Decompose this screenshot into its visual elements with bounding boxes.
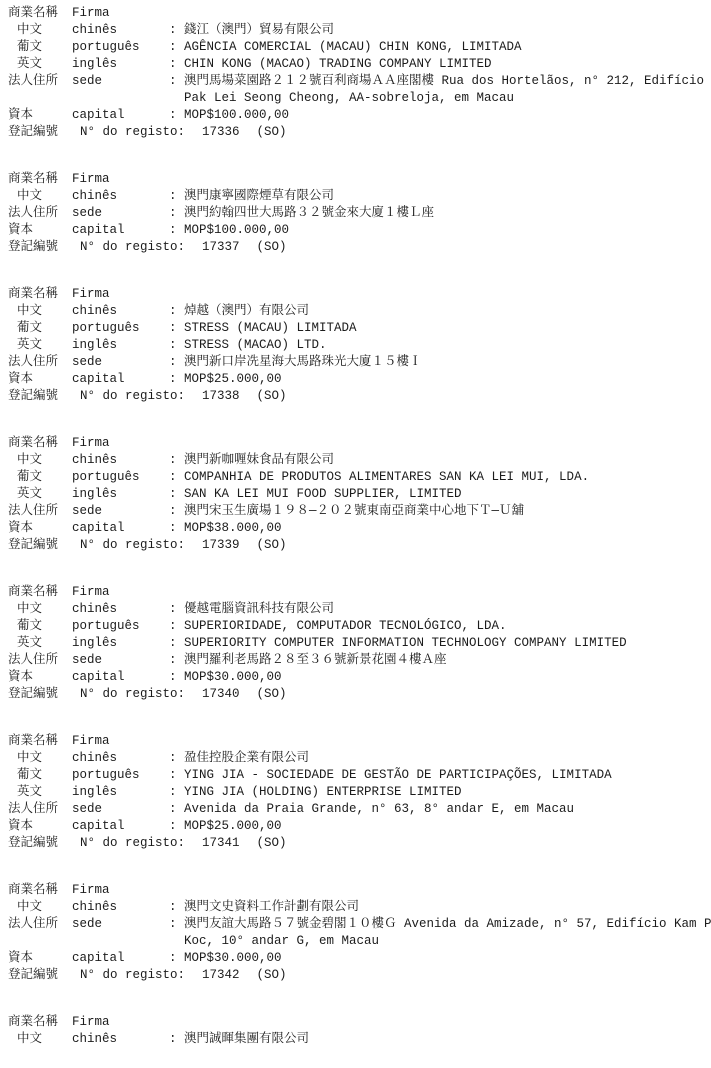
- sede-row-label-pt: sede: [72, 503, 169, 520]
- sede-row-label-zh: 法人住所: [0, 503, 72, 520]
- portuguese-name-row-text: STRESS (MACAU) LIMITADA: [184, 321, 357, 335]
- firm-header-row: 商業名稱Firma: [0, 435, 709, 452]
- english-name-row: 英文inglês:SAN KA LEI MUI FOOD SUPPLIER, L…: [0, 486, 709, 503]
- registry-document: 商業名稱Firma中文chinês:錢江（澳門）貿易有限公司葡文portuguê…: [0, 0, 711, 1068]
- registo-number: 17340: [202, 686, 240, 703]
- sede-row-label-zh: 法人住所: [0, 205, 72, 222]
- portuguese-name-row-label-pt: português: [72, 618, 169, 635]
- firm-label-zh: 商業名稱: [0, 584, 72, 601]
- firm-label-pt: Firma: [72, 1014, 169, 1031]
- sede-row-label-pt: sede: [72, 205, 169, 222]
- chinese-name-row: 中文chinês:焯越（澳門）有限公司: [0, 303, 709, 320]
- chinese-name-row-value: :澳門誠暉集團有限公司: [169, 1031, 709, 1048]
- capital-row-value: :MOP$100.000,00: [169, 222, 709, 239]
- sede-row-value: :Avenida da Praia Grande, n° 63, 8° anda…: [169, 801, 709, 818]
- chinese-name-row-label-pt: chinês: [72, 750, 169, 767]
- colon-separator: :: [169, 950, 184, 967]
- sede-row-text: 澳門宋玉生廣場１９８—２０２號東南亞商業中心地下Ｔ—Ｕ舖: [184, 504, 524, 518]
- capital-row: 資本capital:MOP$30.000,00: [0, 669, 709, 686]
- registo-number: 17338: [202, 388, 240, 405]
- firm-header-row: 商業名稱Firma: [0, 584, 709, 601]
- english-name-row-text: SUPERIORITY COMPUTER INFORMATION TECHNOL…: [184, 636, 627, 650]
- capital-row: 資本capital:MOP$25.000,00: [0, 371, 709, 388]
- sede-row-text: Koc, 10° andar G, em Macau: [184, 934, 379, 948]
- capital-row-label-pt: capital: [72, 222, 169, 239]
- sede-row-text: Pak Lei Seong Cheong, AA-sobreloja, em M…: [184, 91, 514, 105]
- registo-number: 17339: [202, 537, 240, 554]
- capital-row-label-zh: 資本: [0, 107, 72, 124]
- colon-separator: :: [169, 73, 184, 90]
- sede-row-value-line: :澳門約翰四世大馬路３２號金來大廈１樓Ｌ座: [169, 205, 709, 222]
- capital-row-value-line: :MOP$25.000,00: [169, 818, 709, 835]
- sede-row-label-zh: 法人住所: [0, 354, 72, 371]
- registo-code: (SO): [257, 686, 287, 703]
- english-name-row-label-pt: inglês: [72, 486, 169, 503]
- english-name-row: 英文inglês:SUPERIORITY COMPUTER INFORMATIO…: [0, 635, 709, 652]
- sede-row-value-line: Pak Lei Seong Cheong, AA-sobreloja, em M…: [169, 90, 709, 107]
- registo-code: (SO): [257, 835, 287, 852]
- portuguese-name-row-text: COMPANHIA DE PRODUTOS ALIMENTARES SAN KA…: [184, 470, 589, 484]
- sede-row-value: :澳門友誼大馬路５７號金碧閣１０樓Ｇ Avenida da Amizade, n…: [169, 916, 709, 950]
- firm-label-zh: 商業名稱: [0, 882, 72, 899]
- sede-row-value-line: :澳門友誼大馬路５７號金碧閣１０樓Ｇ Avenida da Amizade, n…: [169, 916, 709, 933]
- portuguese-name-row: 葡文português:AGÊNCIA COMERCIAL (MACAU) CH…: [0, 39, 709, 56]
- firm-header-row: 商業名稱Firma: [0, 286, 709, 303]
- chinese-name-row: 中文chinês:澳門康寧國際煙草有限公司: [0, 188, 709, 205]
- capital-row-value: :MOP$100.000,00: [169, 107, 709, 124]
- english-name-row-label-pt: inglês: [72, 635, 169, 652]
- colon-separator: :: [169, 818, 184, 835]
- chinese-name-row-value: :盈佳控股企業有限公司: [169, 750, 709, 767]
- chinese-name-row-label-zh: 中文: [0, 452, 72, 469]
- capital-row-value-line: :MOP$100.000,00: [169, 107, 709, 124]
- company-registration-entry: 商業名稱Firma中文chinês:優越電腦資訊科技有限公司葡文portuguê…: [0, 584, 709, 703]
- firm-label-pt: Firma: [72, 882, 169, 899]
- sede-row-label-zh: 法人住所: [0, 73, 72, 90]
- registo-row: 登記編號N° do registo:17338(SO): [0, 388, 709, 405]
- chinese-name-row-value-line: :盈佳控股企業有限公司: [169, 750, 709, 767]
- capital-row-text: MOP$100.000,00: [184, 223, 289, 237]
- chinese-name-row-text: 澳門誠暉集團有限公司: [184, 1032, 309, 1046]
- english-name-row-label-zh: 英文: [0, 486, 72, 503]
- chinese-name-row: 中文chinês:澳門新咖喱妹食品有限公司: [0, 452, 709, 469]
- firm-label-zh: 商業名稱: [0, 435, 72, 452]
- chinese-name-row-label-pt: chinês: [72, 188, 169, 205]
- registo-number: 17337: [202, 239, 240, 256]
- english-name-row: 英文inglês:CHIN KONG (MACAO) TRADING COMPA…: [0, 56, 709, 73]
- capital-row-value: :MOP$38.000,00: [169, 520, 709, 537]
- chinese-name-row-value: :優越電腦資訊科技有限公司: [169, 601, 709, 618]
- chinese-name-row-label-pt: chinês: [72, 303, 169, 320]
- registo-label-zh: 登記編號: [0, 835, 80, 852]
- sede-row-value: :澳門馬場菜園路２１２號百利商場ＡＡ座閣樓 Rua dos Hortelãos,…: [169, 73, 709, 107]
- colon-separator: :: [169, 750, 184, 767]
- colon-separator: :: [169, 188, 184, 205]
- chinese-name-row: 中文chinês:澳門誠暉集團有限公司: [0, 1031, 709, 1048]
- registo-label-zh: 登記編號: [0, 686, 80, 703]
- english-name-row-value-line: :SAN KA LEI MUI FOOD SUPPLIER, LIMITED: [169, 486, 709, 503]
- colon-separator: :: [169, 601, 184, 618]
- capital-row-value-line: :MOP$30.000,00: [169, 950, 709, 967]
- firm-label-pt: Firma: [72, 286, 169, 303]
- registo-label-zh: 登記編號: [0, 239, 80, 256]
- chinese-name-row-label-pt: chinês: [72, 601, 169, 618]
- portuguese-name-row-value-line: :SUPERIORIDADE, COMPUTADOR TECNOLÓGICO, …: [169, 618, 709, 635]
- sede-row: 法人住所sede:澳門宋玉生廣場１９８—２０２號東南亞商業中心地下Ｔ—Ｕ舖: [0, 503, 709, 520]
- registo-label-pt: N° do registo:: [80, 388, 185, 405]
- english-name-row-value: :SAN KA LEI MUI FOOD SUPPLIER, LIMITED: [169, 486, 709, 503]
- chinese-name-row-value-line: :澳門誠暉集團有限公司: [169, 1031, 709, 1048]
- colon-separator: :: [169, 784, 184, 801]
- company-registration-entry: 商業名稱Firma中文chinês:盈佳控股企業有限公司葡文português:…: [0, 733, 709, 852]
- chinese-name-row-value-line: :優越電腦資訊科技有限公司: [169, 601, 709, 618]
- chinese-name-row-text: 澳門新咖喱妹食品有限公司: [184, 453, 334, 467]
- colon-separator: :: [169, 486, 184, 503]
- firm-label-pt: Firma: [72, 584, 169, 601]
- registo-row: 登記編號N° do registo:17342(SO): [0, 967, 709, 984]
- sede-row-label-pt: sede: [72, 354, 169, 371]
- portuguese-name-row-text: AGÊNCIA COMERCIAL (MACAU) CHIN KONG, LIM…: [184, 40, 522, 54]
- english-name-row-value-line: :STRESS (MACAO) LTD.: [169, 337, 709, 354]
- capital-row-value-line: :MOP$38.000,00: [169, 520, 709, 537]
- colon-separator: :: [169, 303, 184, 320]
- chinese-name-row-value: :澳門文史資料工作計劃有限公司: [169, 899, 709, 916]
- firm-label-pt: Firma: [72, 5, 169, 22]
- sede-row-text: 澳門羅利老馬路２８至３６號新景花園４樓Ａ座: [184, 653, 447, 667]
- portuguese-name-row-label-zh: 葡文: [0, 767, 72, 784]
- chinese-name-row-label-zh: 中文: [0, 899, 72, 916]
- firm-header-row: 商業名稱Firma: [0, 1014, 709, 1031]
- chinese-name-row-value: :焯越（澳門）有限公司: [169, 303, 709, 320]
- colon-separator: :: [169, 916, 184, 933]
- colon-separator: :: [169, 669, 184, 686]
- chinese-name-row-text: 優越電腦資訊科技有限公司: [184, 602, 334, 616]
- company-registration-entry: 商業名稱Firma中文chinês:錢江（澳門）貿易有限公司葡文portuguê…: [0, 5, 709, 141]
- registo-label-pt: N° do registo:: [80, 967, 185, 984]
- chinese-name-row-label-zh: 中文: [0, 303, 72, 320]
- sede-row-text: 澳門友誼大馬路５７號金碧閣１０樓Ｇ Avenida da Amizade, n°…: [184, 917, 711, 931]
- capital-row-value: :MOP$25.000,00: [169, 371, 709, 388]
- colon-separator: :: [169, 354, 184, 371]
- capital-row: 資本capital:MOP$38.000,00: [0, 520, 709, 537]
- capital-row-label-pt: capital: [72, 371, 169, 388]
- english-name-row-text: CHIN KONG (MACAO) TRADING COMPANY LIMITE…: [184, 57, 492, 71]
- company-registration-entry: 商業名稱Firma中文chinês:澳門誠暉集團有限公司: [0, 1014, 709, 1048]
- firm-header-row: 商業名稱Firma: [0, 882, 709, 899]
- portuguese-name-row-text: SUPERIORIDADE, COMPUTADOR TECNOLÓGICO, L…: [184, 619, 507, 633]
- english-name-row-value-line: :CHIN KONG (MACAO) TRADING COMPANY LIMIT…: [169, 56, 709, 73]
- sede-row-text: 澳門馬場菜園路２１２號百利商場ＡＡ座閣樓 Rua dos Hortelãos, …: [184, 74, 704, 88]
- sede-row-label-pt: sede: [72, 801, 169, 818]
- english-name-row-value: :STRESS (MACAO) LTD.: [169, 337, 709, 354]
- company-registration-entry: 商業名稱Firma中文chinês:澳門文史資料工作計劃有限公司法人住所sede…: [0, 882, 709, 984]
- capital-row-label-pt: capital: [72, 818, 169, 835]
- registo-number: 17342: [202, 967, 240, 984]
- capital-row: 資本capital:MOP$30.000,00: [0, 950, 709, 967]
- chinese-name-row-value-line: :澳門康寧國際煙草有限公司: [169, 188, 709, 205]
- company-registration-entry: 商業名稱Firma中文chinês:焯越（澳門）有限公司葡文português:…: [0, 286, 709, 405]
- capital-row-label-pt: capital: [72, 520, 169, 537]
- capital-row-label-zh: 資本: [0, 371, 72, 388]
- sede-row-text: 澳門約翰四世大馬路３２號金來大廈１樓Ｌ座: [184, 206, 434, 220]
- portuguese-name-row-value: :YING JIA - SOCIEDADE DE GESTÃO DE PARTI…: [169, 767, 709, 784]
- sede-row-value-line: :澳門羅利老馬路２８至３６號新景花園４樓Ａ座: [169, 652, 709, 669]
- portuguese-name-row: 葡文português:STRESS (MACAU) LIMITADA: [0, 320, 709, 337]
- chinese-name-row: 中文chinês:錢江（澳門）貿易有限公司: [0, 22, 709, 39]
- registo-row: 登記編號N° do registo:17340(SO): [0, 686, 709, 703]
- chinese-name-row-label-zh: 中文: [0, 750, 72, 767]
- portuguese-name-row-label-pt: português: [72, 767, 169, 784]
- chinese-name-row-value: :錢江（澳門）貿易有限公司: [169, 22, 709, 39]
- colon-separator: :: [169, 801, 184, 818]
- sede-row-value: :澳門宋玉生廣場１９８—２０２號東南亞商業中心地下Ｔ—Ｕ舖: [169, 503, 709, 520]
- portuguese-name-row-value-line: :COMPANHIA DE PRODUTOS ALIMENTARES SAN K…: [169, 469, 709, 486]
- capital-row-text: MOP$100.000,00: [184, 108, 289, 122]
- firm-label-pt: Firma: [72, 435, 169, 452]
- portuguese-name-row-value: :COMPANHIA DE PRODUTOS ALIMENTARES SAN K…: [169, 469, 709, 486]
- portuguese-name-row-label-pt: português: [72, 39, 169, 56]
- portuguese-name-row: 葡文português:SUPERIORIDADE, COMPUTADOR TE…: [0, 618, 709, 635]
- english-name-row-value: :YING JIA (HOLDING) ENTERPRISE LIMITED: [169, 784, 709, 801]
- capital-row-value-line: :MOP$25.000,00: [169, 371, 709, 388]
- english-name-row-value: :SUPERIORITY COMPUTER INFORMATION TECHNO…: [169, 635, 709, 652]
- sede-row-value-line: :Avenida da Praia Grande, n° 63, 8° anda…: [169, 801, 709, 818]
- sede-row-label-pt: sede: [72, 652, 169, 669]
- capital-row: 資本capital:MOP$100.000,00: [0, 107, 709, 124]
- sede-row: 法人住所sede:澳門羅利老馬路２８至３６號新景花園４樓Ａ座: [0, 652, 709, 669]
- chinese-name-row-label-zh: 中文: [0, 188, 72, 205]
- capital-row-label-zh: 資本: [0, 818, 72, 835]
- sede-row-label-zh: 法人住所: [0, 801, 72, 818]
- chinese-name-row-text: 澳門文史資料工作計劃有限公司: [184, 900, 359, 914]
- registo-label-zh: 登記編號: [0, 124, 80, 141]
- sede-row-label-pt: sede: [72, 916, 169, 933]
- colon-separator: :: [169, 39, 184, 56]
- chinese-name-row: 中文chinês:盈佳控股企業有限公司: [0, 750, 709, 767]
- colon-separator: :: [169, 767, 184, 784]
- chinese-name-row-text: 盈佳控股企業有限公司: [184, 751, 309, 765]
- chinese-name-row-text: 焯越（澳門）有限公司: [184, 304, 309, 318]
- registo-label-zh: 登記編號: [0, 967, 80, 984]
- registo-row: 登記編號N° do registo:17337(SO): [0, 239, 709, 256]
- sede-row: 法人住所sede:Avenida da Praia Grande, n° 63,…: [0, 801, 709, 818]
- chinese-name-row-label-pt: chinês: [72, 22, 169, 39]
- registo-code: (SO): [257, 537, 287, 554]
- portuguese-name-row-label-pt: português: [72, 469, 169, 486]
- colon-separator: :: [169, 452, 184, 469]
- portuguese-name-row: 葡文português:YING JIA - SOCIEDADE DE GEST…: [0, 767, 709, 784]
- registo-label-pt: N° do registo:: [80, 239, 185, 256]
- company-registration-entry: 商業名稱Firma中文chinês:澳門新咖喱妹食品有限公司葡文portuguê…: [0, 435, 709, 554]
- registo-label-pt: N° do registo:: [80, 537, 185, 554]
- chinese-name-row-label-zh: 中文: [0, 1031, 72, 1048]
- sede-row: 法人住所sede:澳門約翰四世大馬路３２號金來大廈１樓Ｌ座: [0, 205, 709, 222]
- capital-row-label-zh: 資本: [0, 950, 72, 967]
- portuguese-name-row: 葡文português:COMPANHIA DE PRODUTOS ALIMEN…: [0, 469, 709, 486]
- capital-row-value-line: :MOP$100.000,00: [169, 222, 709, 239]
- colon-separator: :: [169, 205, 184, 222]
- registo-row: 登記編號N° do registo:17336(SO): [0, 124, 709, 141]
- sede-row: 法人住所sede:澳門馬場菜園路２１２號百利商場ＡＡ座閣樓 Rua dos Ho…: [0, 73, 709, 107]
- english-name-row-label-pt: inglês: [72, 337, 169, 354]
- sede-row-value-line: :澳門新口岸冼星海大馬路珠光大廈１５樓Ｉ: [169, 354, 709, 371]
- firm-label-zh: 商業名稱: [0, 286, 72, 303]
- capital-row-label-pt: capital: [72, 950, 169, 967]
- registo-number: 17341: [202, 835, 240, 852]
- capital-row-label-pt: capital: [72, 669, 169, 686]
- registo-code: (SO): [257, 967, 287, 984]
- colon-separator: :: [169, 22, 184, 39]
- portuguese-name-row-label-zh: 葡文: [0, 469, 72, 486]
- capital-row-value: :MOP$30.000,00: [169, 950, 709, 967]
- chinese-name-row-label-pt: chinês: [72, 899, 169, 916]
- colon-separator: :: [169, 652, 184, 669]
- english-name-row-label-zh: 英文: [0, 337, 72, 354]
- capital-row-value-line: :MOP$30.000,00: [169, 669, 709, 686]
- sede-row-value: :澳門新口岸冼星海大馬路珠光大廈１５樓Ｉ: [169, 354, 709, 371]
- firm-label-zh: 商業名稱: [0, 1014, 72, 1031]
- chinese-name-row-value-line: :澳門新咖喱妹食品有限公司: [169, 452, 709, 469]
- firm-header-row: 商業名稱Firma: [0, 5, 709, 22]
- chinese-name-row-value: :澳門新咖喱妹食品有限公司: [169, 452, 709, 469]
- sede-row-label-zh: 法人住所: [0, 652, 72, 669]
- firm-label-zh: 商業名稱: [0, 171, 72, 188]
- portuguese-name-row-value-line: :YING JIA - SOCIEDADE DE GESTÃO DE PARTI…: [169, 767, 709, 784]
- portuguese-name-row-value-line: :AGÊNCIA COMERCIAL (MACAU) CHIN KONG, LI…: [169, 39, 709, 56]
- english-name-row-value: :CHIN KONG (MACAO) TRADING COMPANY LIMIT…: [169, 56, 709, 73]
- capital-row-label-zh: 資本: [0, 520, 72, 537]
- registo-label-zh: 登記編號: [0, 388, 80, 405]
- registo-label-pt: N° do registo:: [80, 686, 185, 703]
- english-name-row-text: SAN KA LEI MUI FOOD SUPPLIER, LIMITED: [184, 487, 462, 501]
- sede-row-text: Avenida da Praia Grande, n° 63, 8° andar…: [184, 802, 574, 816]
- colon-separator: :: [169, 371, 184, 388]
- english-name-row-label-zh: 英文: [0, 635, 72, 652]
- portuguese-name-row-value: :SUPERIORIDADE, COMPUTADOR TECNOLÓGICO, …: [169, 618, 709, 635]
- colon-separator: :: [169, 618, 184, 635]
- english-name-row-label-pt: inglês: [72, 56, 169, 73]
- portuguese-name-row-label-pt: português: [72, 320, 169, 337]
- company-registration-entry: 商業名稱Firma中文chinês:澳門康寧國際煙草有限公司法人住所sede:澳…: [0, 171, 709, 256]
- portuguese-name-row-label-zh: 葡文: [0, 39, 72, 56]
- sede-row-label-pt: sede: [72, 73, 169, 90]
- english-name-row: 英文inglês:YING JIA (HOLDING) ENTERPRISE L…: [0, 784, 709, 801]
- portuguese-name-row-text: YING JIA - SOCIEDADE DE GESTÃO DE PARTIC…: [184, 768, 612, 782]
- english-name-row-label-zh: 英文: [0, 784, 72, 801]
- capital-row-text: MOP$30.000,00: [184, 670, 282, 684]
- portuguese-name-row-label-zh: 葡文: [0, 320, 72, 337]
- colon-separator: :: [169, 635, 184, 652]
- firm-label-zh: 商業名稱: [0, 5, 72, 22]
- chinese-name-row-value: :澳門康寧國際煙草有限公司: [169, 188, 709, 205]
- colon-separator: :: [169, 107, 184, 124]
- chinese-name-row-label-zh: 中文: [0, 22, 72, 39]
- capital-row-value: :MOP$25.000,00: [169, 818, 709, 835]
- english-name-row-value-line: :SUPERIORITY COMPUTER INFORMATION TECHNO…: [169, 635, 709, 652]
- capital-row-text: MOP$38.000,00: [184, 521, 282, 535]
- chinese-name-row-label-pt: chinês: [72, 452, 169, 469]
- capital-row-label-zh: 資本: [0, 669, 72, 686]
- portuguese-name-row-label-zh: 葡文: [0, 618, 72, 635]
- registo-code: (SO): [257, 388, 287, 405]
- sede-row-value-line: :澳門馬場菜園路２１２號百利商場ＡＡ座閣樓 Rua dos Hortelãos,…: [169, 73, 709, 90]
- portuguese-name-row-value: :STRESS (MACAU) LIMITADA: [169, 320, 709, 337]
- registo-label-pt: N° do registo:: [80, 124, 185, 141]
- capital-row-label-pt: capital: [72, 107, 169, 124]
- firm-label-pt: Firma: [72, 171, 169, 188]
- chinese-name-row-label-pt: chinês: [72, 1031, 169, 1048]
- english-name-row-text: YING JIA (HOLDING) ENTERPRISE LIMITED: [184, 785, 462, 799]
- capital-row-value: :MOP$30.000,00: [169, 669, 709, 686]
- firm-header-row: 商業名稱Firma: [0, 171, 709, 188]
- chinese-name-row-value-line: :錢江（澳門）貿易有限公司: [169, 22, 709, 39]
- english-name-row-label-zh: 英文: [0, 56, 72, 73]
- english-name-row: 英文inglês:STRESS (MACAO) LTD.: [0, 337, 709, 354]
- capital-row-text: MOP$25.000,00: [184, 372, 282, 386]
- colon-separator: :: [169, 337, 184, 354]
- registo-number: 17336: [202, 124, 240, 141]
- firm-label-zh: 商業名稱: [0, 733, 72, 750]
- registo-row: 登記編號N° do registo:17339(SO): [0, 537, 709, 554]
- colon-separator: :: [169, 320, 184, 337]
- chinese-name-row-text: 澳門康寧國際煙草有限公司: [184, 189, 334, 203]
- registo-code: (SO): [257, 239, 287, 256]
- chinese-name-row-text: 錢江（澳門）貿易有限公司: [184, 23, 334, 37]
- capital-row-label-zh: 資本: [0, 222, 72, 239]
- chinese-name-row-label-zh: 中文: [0, 601, 72, 618]
- colon-separator: :: [169, 469, 184, 486]
- registo-label-zh: 登記編號: [0, 537, 80, 554]
- colon-separator: :: [169, 1031, 184, 1048]
- sede-row-value-line: :澳門宋玉生廣場１９８—２０２號東南亞商業中心地下Ｔ—Ｕ舖: [169, 503, 709, 520]
- colon-separator: :: [169, 503, 184, 520]
- registo-label-pt: N° do registo:: [80, 835, 185, 852]
- chinese-name-row: 中文chinês:澳門文史資料工作計劃有限公司: [0, 899, 709, 916]
- english-name-row-label-pt: inglês: [72, 784, 169, 801]
- sede-row-value-line: Koc, 10° andar G, em Macau: [169, 933, 709, 950]
- capital-row-text: MOP$30.000,00: [184, 951, 282, 965]
- sede-row: 法人住所sede:澳門新口岸冼星海大馬路珠光大廈１５樓Ｉ: [0, 354, 709, 371]
- chinese-name-row-value-line: :焯越（澳門）有限公司: [169, 303, 709, 320]
- capital-row: 資本capital:MOP$100.000,00: [0, 222, 709, 239]
- colon-separator: :: [169, 899, 184, 916]
- registo-row: 登記編號N° do registo:17341(SO): [0, 835, 709, 852]
- portuguese-name-row-value-line: :STRESS (MACAU) LIMITADA: [169, 320, 709, 337]
- colon-separator: :: [169, 222, 184, 239]
- capital-row-text: MOP$25.000,00: [184, 819, 282, 833]
- english-name-row-text: STRESS (MACAO) LTD.: [184, 338, 327, 352]
- sede-row: 法人住所sede:澳門友誼大馬路５７號金碧閣１０樓Ｇ Avenida da Am…: [0, 916, 709, 950]
- firm-header-row: 商業名稱Firma: [0, 733, 709, 750]
- english-name-row-value-line: :YING JIA (HOLDING) ENTERPRISE LIMITED: [169, 784, 709, 801]
- chinese-name-row: 中文chinês:優越電腦資訊科技有限公司: [0, 601, 709, 618]
- sede-row-text: 澳門新口岸冼星海大馬路珠光大廈１５樓Ｉ: [184, 355, 422, 369]
- sede-row-value: :澳門約翰四世大馬路３２號金來大廈１樓Ｌ座: [169, 205, 709, 222]
- sede-row-label-zh: 法人住所: [0, 916, 72, 933]
- chinese-name-row-value-line: :澳門文史資料工作計劃有限公司: [169, 899, 709, 916]
- firm-label-pt: Firma: [72, 733, 169, 750]
- sede-row-value: :澳門羅利老馬路２８至３６號新景花園４樓Ａ座: [169, 652, 709, 669]
- registo-code: (SO): [257, 124, 287, 141]
- portuguese-name-row-value: :AGÊNCIA COMERCIAL (MACAU) CHIN KONG, LI…: [169, 39, 709, 56]
- capital-row: 資本capital:MOP$25.000,00: [0, 818, 709, 835]
- colon-separator: :: [169, 520, 184, 537]
- colon-separator: :: [169, 56, 184, 73]
